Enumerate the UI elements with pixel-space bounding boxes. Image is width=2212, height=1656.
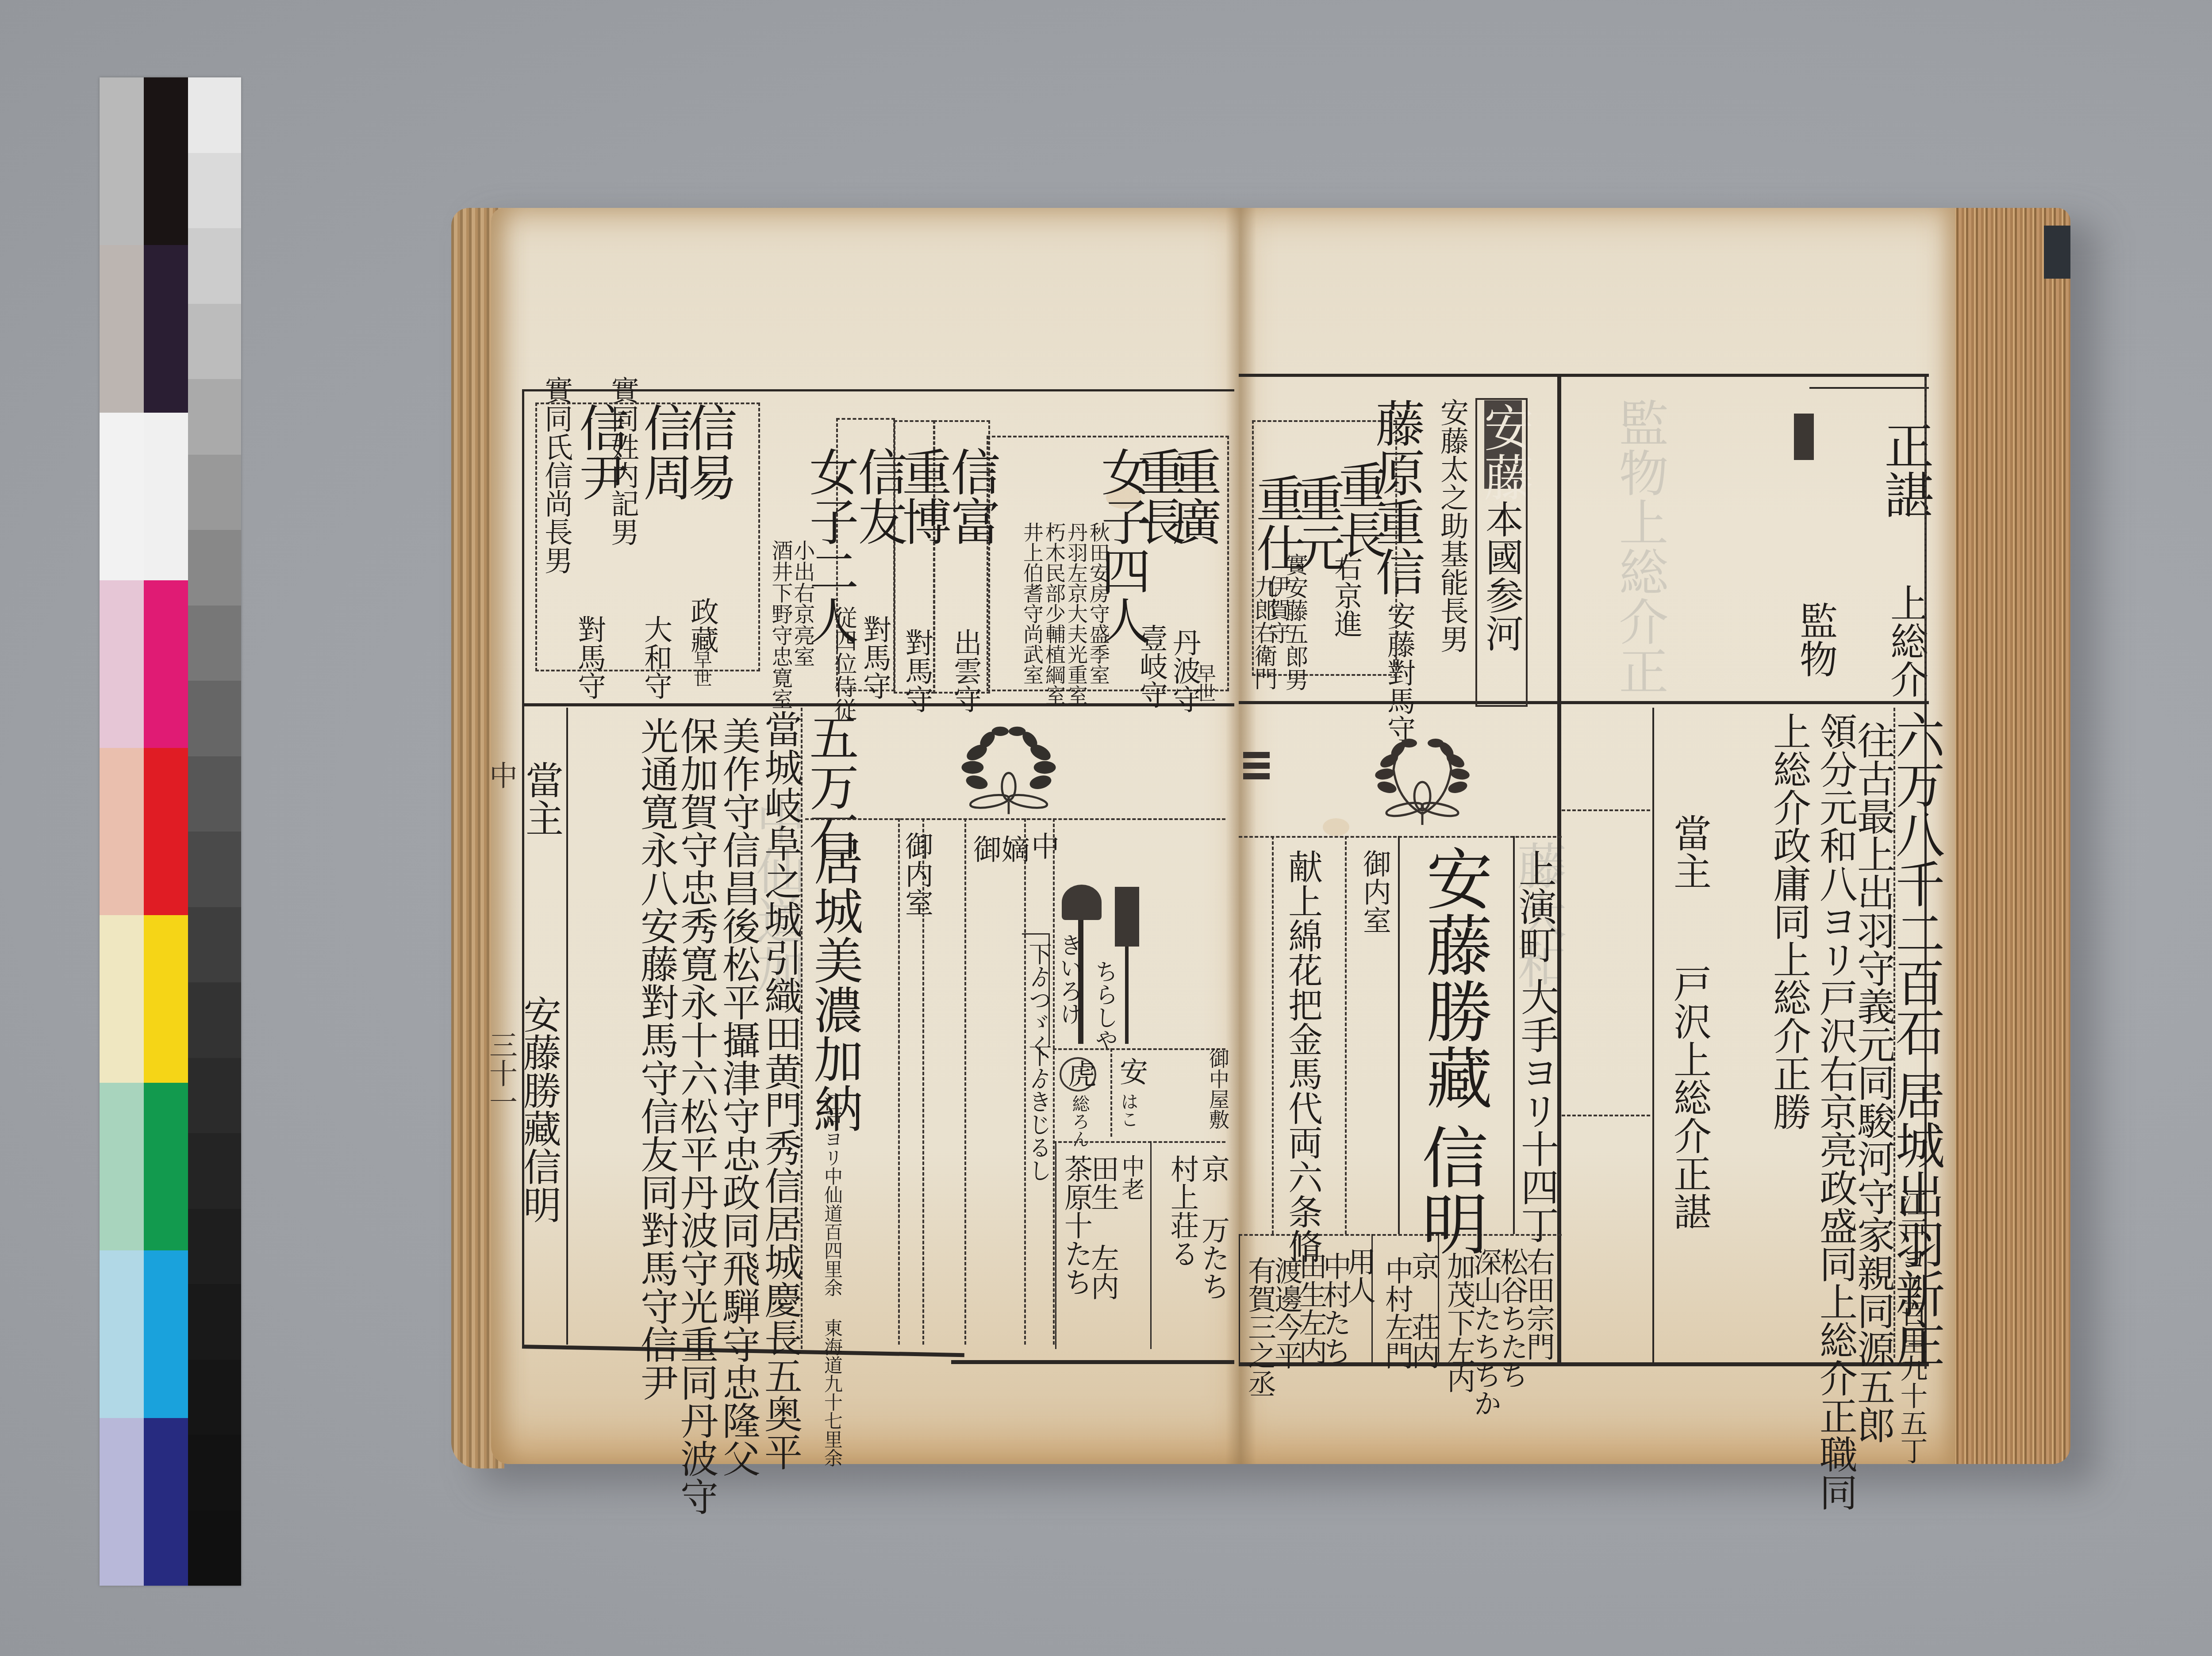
staff-name: 中老 <box>1119 1154 1142 1200</box>
color-swatch <box>188 982 241 1058</box>
lord-label: 當主 <box>1670 814 1708 890</box>
color-swatch <box>188 1209 241 1284</box>
staff-name: 松谷ちたち <box>1498 1247 1526 1389</box>
color-swatch <box>144 245 188 413</box>
color-swatch <box>100 245 144 413</box>
child-note: 秋田安房守盛季室 <box>1088 522 1109 685</box>
staff-name: 田生 左内 <box>1088 1154 1117 1300</box>
color-swatch <box>144 915 188 1083</box>
color-swatch <box>100 1418 144 1586</box>
wisteria-wreath-crest-icon <box>956 717 1062 818</box>
banner-icon <box>1115 887 1139 947</box>
color-swatch <box>188 455 241 530</box>
left-page <box>491 208 1243 1464</box>
lord-label: 當主 <box>522 761 560 837</box>
daimyo-given-name: 信明 <box>1416 1123 1482 1256</box>
color-swatch <box>144 413 188 580</box>
color-swatch <box>188 681 241 756</box>
color-swatch <box>188 1284 241 1360</box>
far-right-office: 監物 <box>1796 602 1834 678</box>
seal-note: はこ <box>1119 1092 1137 1128</box>
history-line: 美作守信昌後松平攝津守忠政同飛騨守忠隆父 <box>719 717 757 1477</box>
child-note: 早世 <box>692 650 711 687</box>
far-right-title: 上総介 <box>1887 584 1925 698</box>
color-swatch <box>188 1058 241 1134</box>
tribute-text: 献上綿花把金馬代両六条脩 <box>1285 849 1320 1263</box>
keyari-spear-icon <box>1062 885 1102 920</box>
chart-saturated-column <box>144 77 188 1586</box>
staff-name: 京 荘内 <box>1409 1252 1437 1369</box>
color-swatch <box>188 304 241 379</box>
child-title: 大和守 <box>641 615 670 700</box>
color-swatch <box>100 1083 144 1250</box>
child-note: 小出右京亮室 <box>792 540 813 667</box>
child-title: 對馬守 <box>575 615 603 700</box>
color-swatch <box>188 530 241 606</box>
color-swatch <box>100 580 144 748</box>
history-line: 保加賀守忠秀寛永十六松平丹波守光重同丹波守 <box>677 717 715 1515</box>
margin-mark: 三十一 <box>487 1031 515 1115</box>
color-swatch <box>144 1083 188 1250</box>
color-swatch <box>100 915 144 1083</box>
residence-note: 御中屋敷 <box>1208 1048 1228 1130</box>
color-swatch <box>188 153 241 229</box>
color-swatch <box>188 1133 241 1209</box>
seal-note: 総ろん <box>1071 1095 1088 1148</box>
color-swatch <box>188 606 241 681</box>
margin-mark: 中 <box>487 761 515 789</box>
procession-label: ちらしや <box>1093 960 1116 1052</box>
procession-label: きいろけ <box>1057 933 1080 1025</box>
color-swatch <box>188 907 241 983</box>
seal-block <box>1794 414 1814 460</box>
child-note: 早世 <box>1194 663 1214 702</box>
color-swatch <box>100 748 144 916</box>
far-right-name: 正諶 <box>1880 420 1930 519</box>
stipend-header: 六万八千二百石 <box>1891 710 1941 1057</box>
child-name: 信尹 <box>575 402 625 502</box>
child-name: 信周 <box>639 402 689 502</box>
history-line: 光通寛永八安藤對馬守信友同對馬守信尹 <box>637 717 675 1401</box>
color-swatch <box>188 77 241 153</box>
staff-name: 村上荘る <box>1168 1154 1196 1268</box>
color-swatch <box>188 228 241 304</box>
history-line: 往古最上出羽守義元同駿河守家親同源五郎 <box>1854 721 1892 1444</box>
procession-label: 下ゟきじるし <box>1026 1044 1049 1182</box>
staff-name: 有賀三之丞 <box>1245 1256 1274 1398</box>
heir-label: 御嫡 <box>973 836 1030 864</box>
color-swatch <box>188 1360 241 1435</box>
child-note: 井上伯耆守尚武室 <box>1022 522 1042 685</box>
seal-mark: 虎 <box>1065 1059 1094 1088</box>
color-swatch <box>188 1510 241 1586</box>
home-province: 本國参河 <box>1482 500 1520 652</box>
wife-label: 御内室 <box>1360 849 1389 934</box>
child-name: 重仕 <box>1252 473 1302 572</box>
distance-text: 江戸ヨリ中仙道百四里余 東海道九十七里余 <box>823 1092 841 1467</box>
child-title: 政藏 <box>688 597 716 654</box>
color-swatch <box>144 580 188 748</box>
child-note: 實同氏信尚長男 <box>542 376 570 574</box>
child-title: 出雲守 <box>951 628 979 713</box>
seal-mark: 安 <box>1117 1057 1145 1085</box>
color-swatch <box>100 77 144 245</box>
history-line: 上総介政庸同上総介正勝 <box>1770 712 1808 1131</box>
staff-name: 深山たちちか <box>1471 1247 1499 1417</box>
castle-text: 居城美濃加納 <box>810 836 859 1133</box>
color-swatch <box>144 1418 188 1586</box>
child-title: 對馬守 <box>860 615 889 700</box>
staff-name: 中村左門 <box>1382 1256 1411 1369</box>
color-swatch <box>100 1250 144 1418</box>
procession-label: 下ゟつゞく <box>1026 942 1049 1057</box>
trigram-icon <box>1243 752 1270 783</box>
residence-place: 上演町 <box>1515 849 1553 963</box>
color-swatch <box>188 832 241 907</box>
child-name: 信友 <box>854 447 903 546</box>
history-line: 領分元和八ヨリ戸沢右京亮政盛同上総介正職同 <box>1816 712 1854 1511</box>
child-note: 九郎右衛門 <box>1252 575 1275 690</box>
child-note: 丹羽左京大夫光重室 <box>1066 522 1087 705</box>
lineage-note: 安藤太之助基能長男 <box>1438 398 1466 653</box>
lord-name: 安藤勝藏信明 <box>520 995 558 1223</box>
staff-name: 京 万たち <box>1199 1154 1227 1300</box>
daimyo-family-name: 安藤勝藏 <box>1420 845 1486 1110</box>
cover-corner <box>2044 226 2070 279</box>
chart-pastel-column <box>100 77 144 1586</box>
lord-name: 戸沢上総介正諶 <box>1670 964 1708 1230</box>
staff-name: 渡邊今平 <box>1272 1256 1300 1369</box>
child-note: 朽木民部少輔植綱室 <box>1044 522 1064 705</box>
color-swatch <box>188 379 241 455</box>
color-calibration-chart <box>100 77 241 1586</box>
color-swatch <box>100 413 144 580</box>
color-swatch <box>144 748 188 916</box>
child-title: 對馬守 <box>902 628 931 713</box>
child-note: 酒井下野守忠寛室 <box>770 540 791 709</box>
color-swatch <box>188 1435 241 1510</box>
history-line: 當城岐阜之城引織田黄門秀信居城慶長五奥平 <box>761 710 799 1471</box>
child-name: 信富 <box>947 447 996 546</box>
year-note: 大手ヨリ十四丁 <box>1517 977 1555 1244</box>
color-swatch <box>188 756 241 832</box>
wife-label: 御内室 <box>902 832 931 916</box>
distance-text: 江戸ヨリ百里九十五丁 <box>1898 1190 1925 1464</box>
wisteria-wreath-crest-icon <box>1367 725 1478 827</box>
staff-name: 右田宗門 <box>1524 1247 1552 1361</box>
color-swatch <box>144 1250 188 1418</box>
staff-name: 加茂下左内 <box>1444 1252 1473 1393</box>
color-swatch <box>144 77 188 245</box>
page-stack-right <box>1947 208 2070 1464</box>
chart-gray-ramp <box>188 77 241 1586</box>
